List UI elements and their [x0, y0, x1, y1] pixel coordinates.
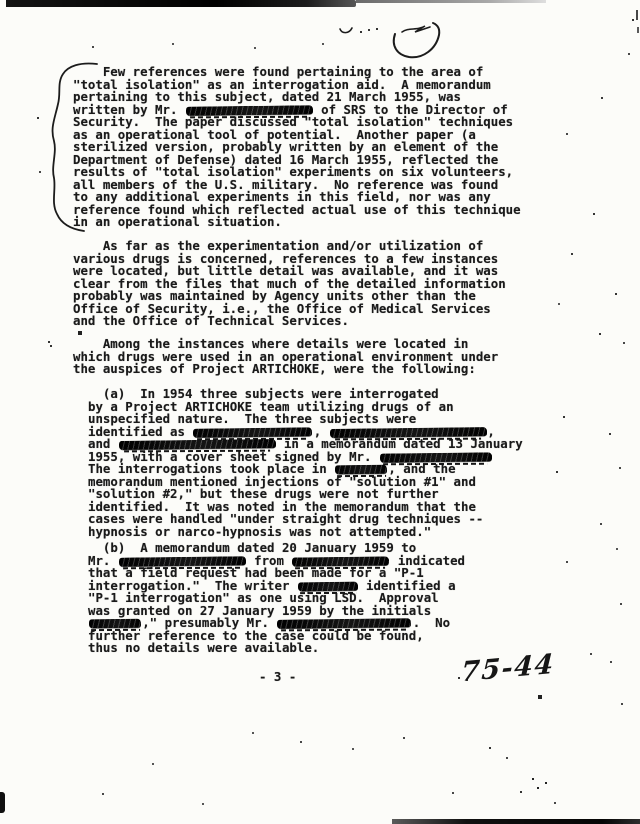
scan-edge-bar-bottom	[392, 819, 640, 824]
redaction	[277, 618, 411, 629]
scan-edge-mark-left	[0, 792, 5, 813]
text-line: and the Office of Technical Services.	[73, 315, 506, 328]
text-line: thus no details were available.	[88, 642, 465, 655]
redaction	[335, 465, 387, 475]
redaction	[298, 581, 358, 591]
text-segment: thus no details were available.	[88, 640, 319, 655]
scanned-document-page: Few references were found pertaining to …	[0, 0, 640, 824]
scan-edge-bar-top	[6, 0, 356, 7]
scan-edge-bar-top-faint	[356, 0, 546, 3]
handwritten-scribble-inner-icon	[402, 26, 430, 32]
redaction	[119, 439, 276, 450]
text-segment: and the Office of Technical Services.	[73, 313, 349, 328]
scan-tick-right-2	[637, 27, 639, 33]
redaction	[89, 619, 141, 629]
redaction	[380, 452, 492, 462]
redaction	[193, 427, 312, 437]
text-line: identified as , ,	[88, 426, 523, 439]
text-line: in an operational situation.	[73, 216, 521, 229]
handwritten-code: 75-44	[460, 649, 555, 688]
page-number: - 3 -	[259, 669, 296, 684]
scan-tick-right-1	[636, 10, 638, 20]
redaction	[119, 556, 246, 567]
handwritten-scribble-icon	[394, 23, 439, 57]
redaction	[292, 556, 389, 566]
para-artichoke-intro: Among the instances where details were l…	[73, 338, 498, 376]
scan-noise-specks	[0, 0, 2, 2]
redaction	[186, 105, 313, 116]
text-line: hypnosis or narco-hypnosis was not attem…	[88, 526, 523, 539]
para-item-b: (b) A memorandum dated 20 January 1959 t…	[88, 542, 465, 655]
para-total-isolation: Few references were found pertaining to …	[73, 66, 521, 229]
para-item-a: (a) In 1954 three subjects were interrog…	[88, 388, 523, 538]
text-line: the auspices of Project ARTICHOKE, were …	[73, 363, 498, 376]
para-drug-experimentation: As far as the experimentation and/or uti…	[73, 240, 506, 328]
text-segment: hypnosis or narco-hypnosis was not attem…	[88, 524, 431, 539]
text-segment: in an operational situation.	[73, 214, 282, 229]
redaction	[330, 427, 487, 438]
text-segment: the auspices of Project ARTICHOKE, were …	[73, 361, 476, 376]
handwritten-check-icon	[340, 28, 352, 33]
